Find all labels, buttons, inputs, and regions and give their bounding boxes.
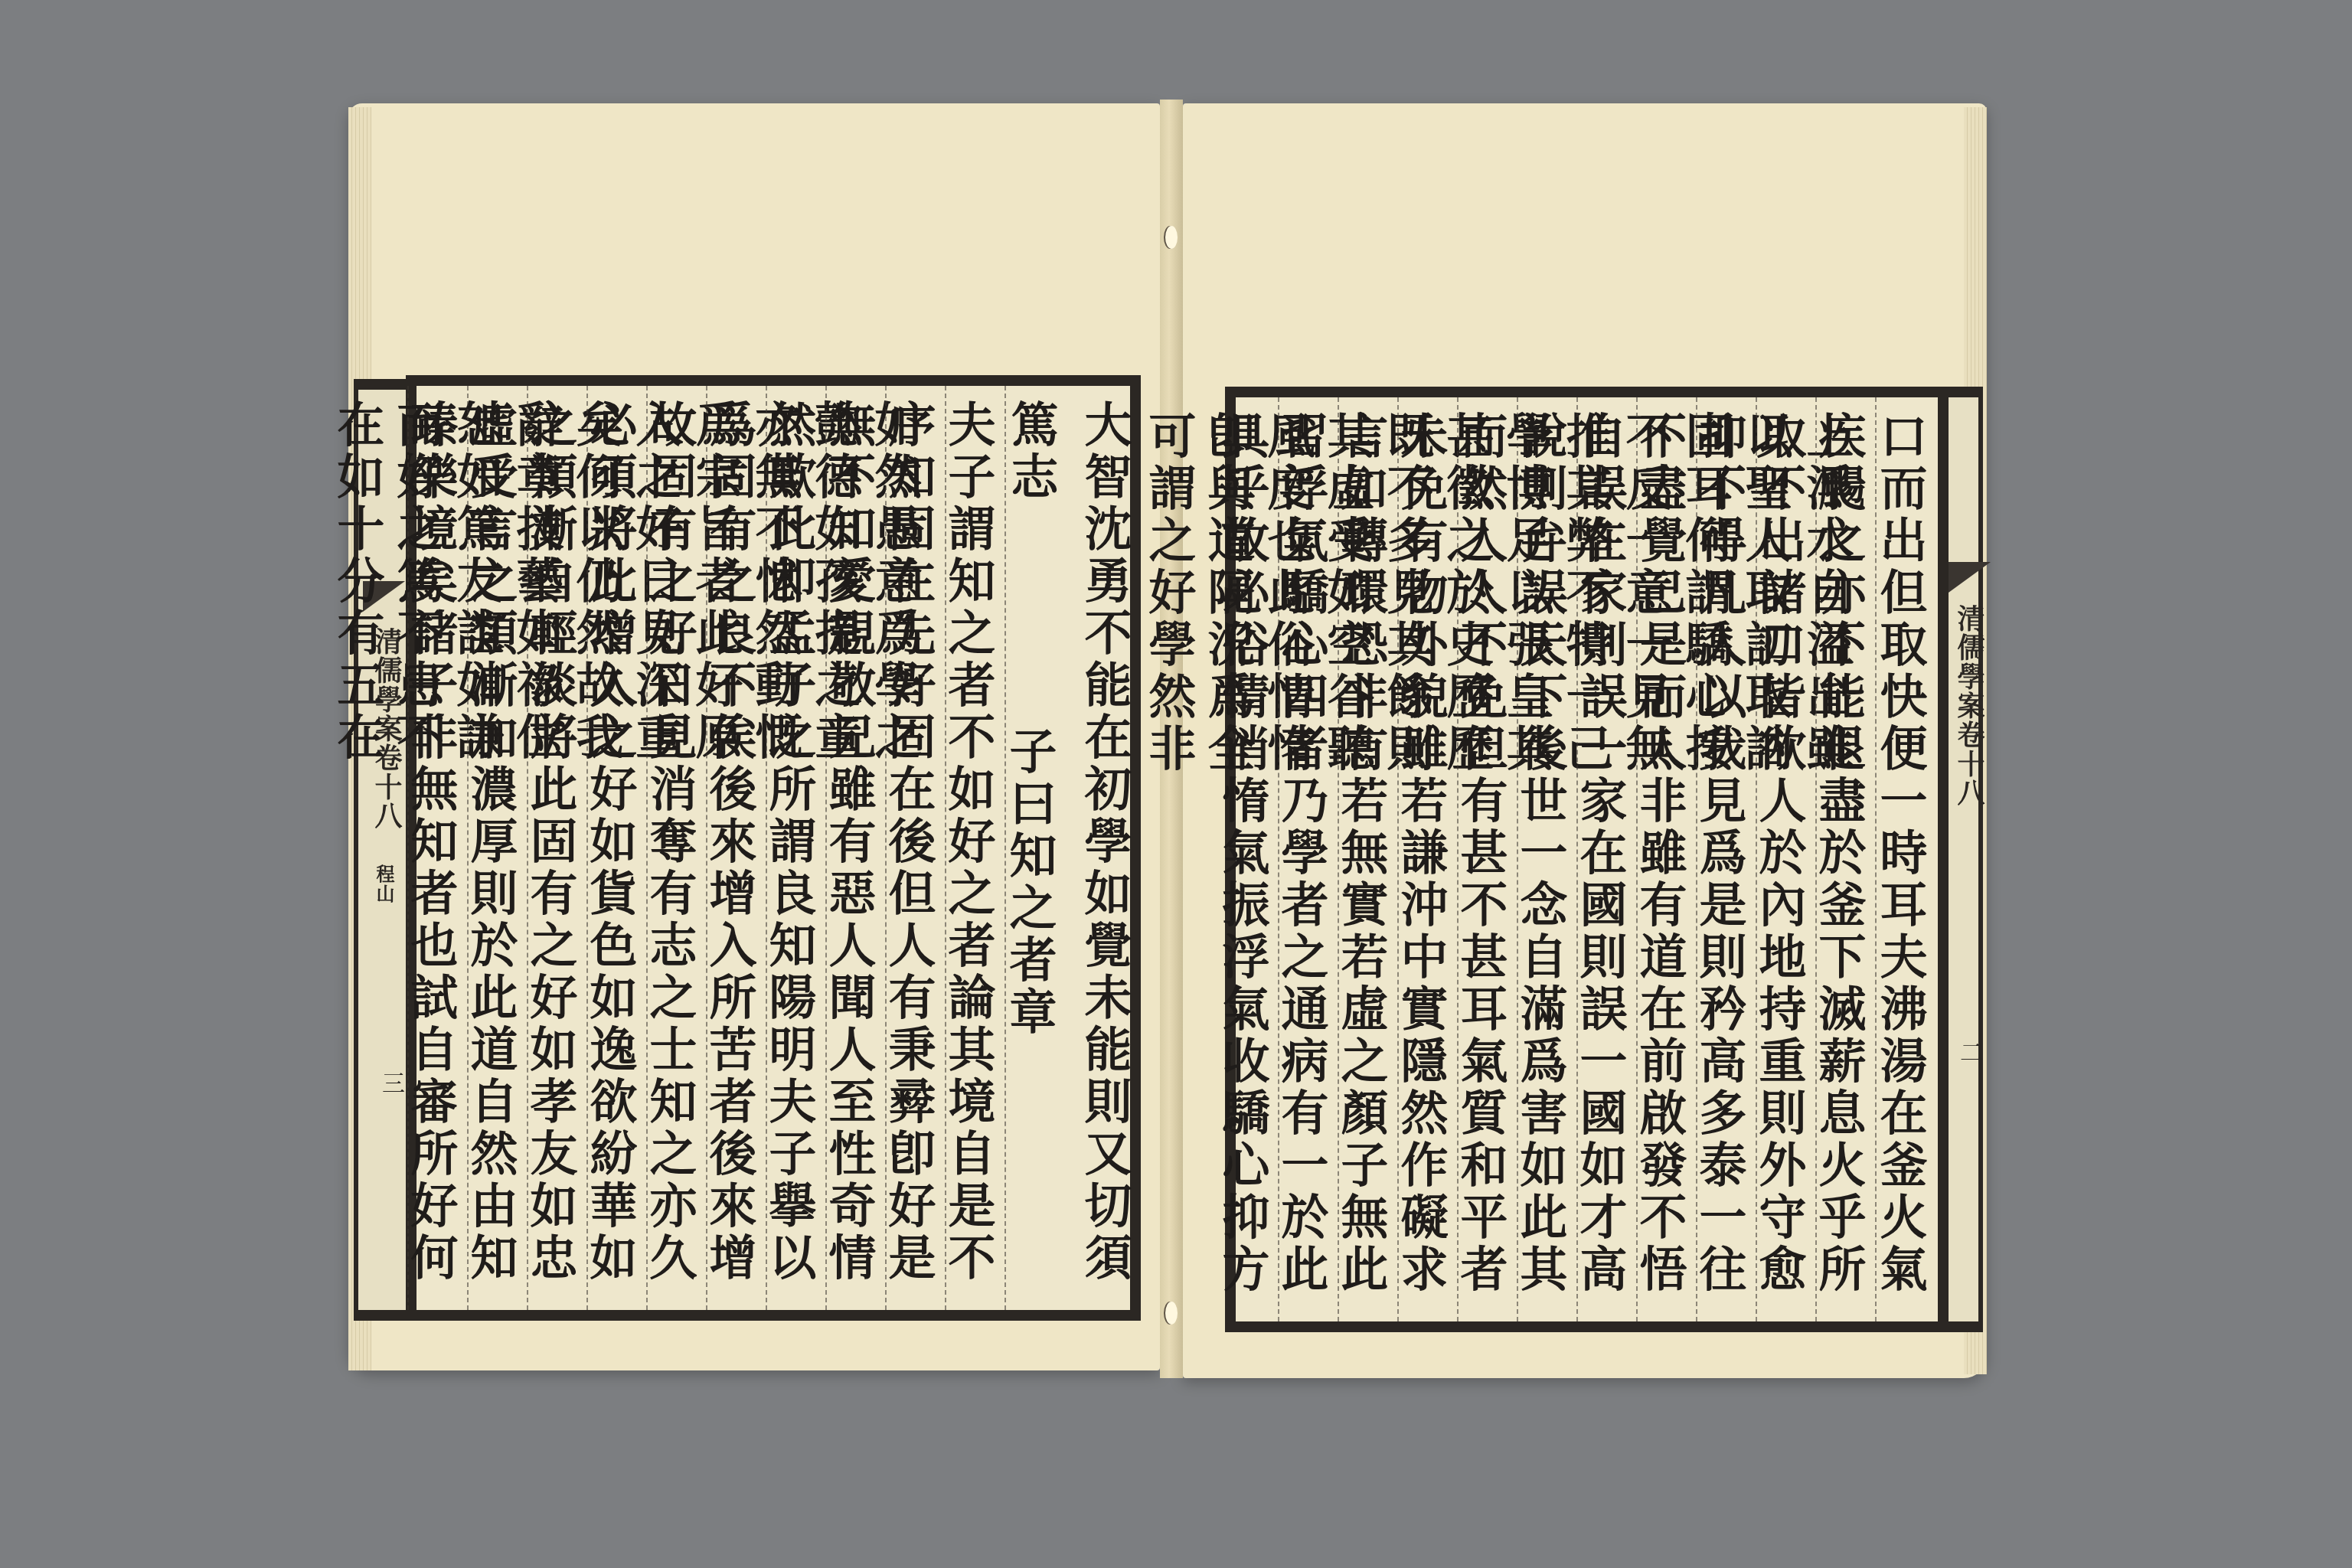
text-column: 序知固在先好固在後但人有秉彛卽好是懿德如孩提之童 [885,386,945,1310]
text-column: 大智沈勇不能在初學如覺未能則又切須篤志 [1066,386,1141,1310]
fishtail-mark [1949,562,1991,593]
text-column: 口而出但取快便一時耳夫沸湯在釜火氣上浮水自溢出雖 [1875,397,1936,1321]
right-edge-title: 清儒學案卷十八 [1950,604,1989,808]
text-column: 說則弁誤天下後世一念自滿爲害如此其甚徵之於史歷歷 [1517,397,1576,1321]
text-column: 取不出諸口皆欲人於內地持重則外守愈固耳何謂驕心按 [1756,397,1815,1321]
text-column: 夫子謂知之者不如好之者論其境自是不如然愚意爲學之 [945,386,1004,1310]
text-column: 無不知愛親敬兄雖有惡人聞人至性奇情亦無不怵然動慨 [825,386,885,1310]
right-folio-number: 二 [1952,1040,1985,1063]
text-column: 必須將此增入之好如貨色如逸欲紛華如辭章技藝如祿位 [586,386,646,1310]
text-column: 言如轉環恐非有若無實若虛之顏子無此風度也此俗情惰 [1338,397,1397,1321]
text-column: 具乎故必俗情消惰氣振浮氣收驕心抑方可謂之好學然非 [1219,397,1279,1321]
text-column: 而然人人不免但有甚不甚耳氣質和平者既不多見其餘則 [1457,397,1517,1321]
text-column: 未免有物外貌雖若謙沖中實隱然作礙求其虛受如空谷聽 [1397,397,1457,1321]
text-column: 自誤在家則誤一家在國則誤一國如才高學博足以張皇其 [1576,397,1636,1321]
text-column: 虛受言之類漸加濃厚則於此道自然由知而好之篤不患不 [467,386,527,1310]
text-column: 習浮氣驕心四者乃學者之通病有一於此卽與道隔況爲全 [1278,397,1338,1321]
text-column: 臻樂境矣諸子非無知者也試自審所好何在如十分有五在 [407,386,467,1310]
text-column: 疾颺之亦不能退盡於釜下滅薪息火乎所以聖人取訒取訥 [1815,397,1875,1321]
right-text-frame: 口而出但取快便一時耳夫沸湯在釜火氣上浮水自溢出雖 疾颺之亦不能退盡於釜下滅薪息火… [1225,387,1949,1332]
text-column: 之類漸自輕淡將此固有之好如孝友如忠恕如篤友誼如謙 [527,386,586,1310]
right-fore-edge: 清儒學案卷十八 二 [1949,387,1983,1332]
text-column: 然歎此卽孟子之所謂良知陽明夫子擧以爲宗旨者此好原 [766,386,825,1310]
text-column: 爲固有之良不俟後來增入所苦者後來增入之好日見深重 [706,386,766,1310]
left-text-frame: 大智沈勇不能在初學如覺未能則又切須篤志 子曰知之者章 夫子謂知之者不如好之者論其… [406,375,1141,1321]
text-column: 不盡覺己是而人非雖有道在前啟發不悟推其弊不特一己 [1636,397,1696,1321]
chapter-heading: 子曰知之者章 [1004,386,1066,1310]
binding-thread-top [1165,226,1178,249]
text-column: 故固有之好日見消奪有志之士知之亦久矣何以仍然故我 [646,386,706,1310]
text-column: 抑不得凡人以我見爲是則矜高多泰一往不反一意一見無 [1696,397,1756,1321]
